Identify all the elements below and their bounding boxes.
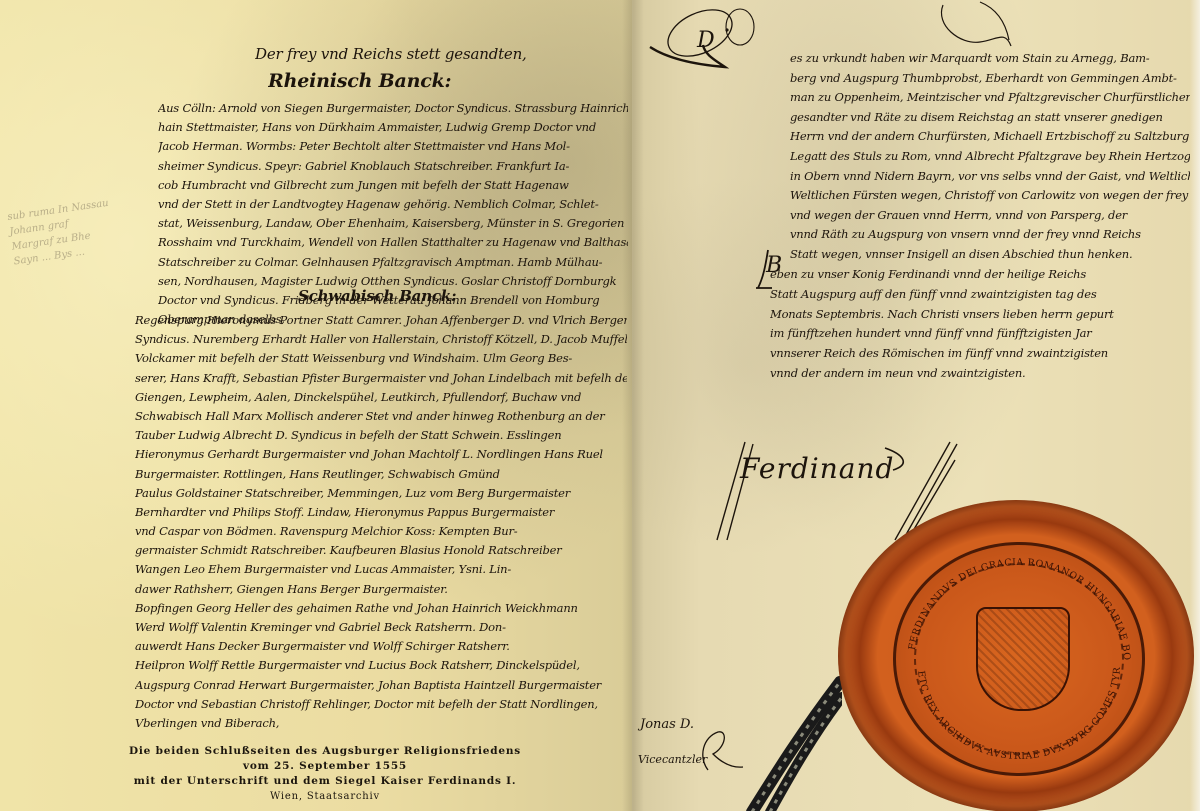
manuscript-line: serer, Hans Krafft, Sebastian Pfister Bu… [135, 369, 627, 388]
decorative-flourish-icon [935, 0, 1015, 50]
seal-legend-top: FERDINANDVS DEI GRACIA ROMANOR HVNGARIAE… [896, 545, 1132, 661]
manuscript-spread: sub ruma In Nassau Johann graf Margraf z… [0, 0, 1200, 811]
manuscript-line: vnnd der andern im neun vnd zwaintzigist… [770, 364, 1190, 384]
left-page-title: Der frey vnd Reichs stett gesandten, [255, 45, 527, 63]
manuscript-line: cob Humbracht vnd Gilbrecht zum Jungen m… [158, 176, 628, 195]
manuscript-line: eben zu vnser Konig Ferdinandi vnnd der … [770, 265, 1190, 285]
manuscript-line: Vberlingen vnd Biberach, [135, 714, 627, 733]
seal-inner-field: FERDINANDVS DEI GRACIA ROMANOR HVNGARIAE… [893, 542, 1145, 776]
manuscript-line: stat, Weissenburg, Landaw, Ober Ehenhaim… [158, 214, 628, 233]
manuscript-line: Jacob Herman. Wormbs: Peter Bechtolt alt… [158, 137, 628, 156]
manuscript-line: Legatt des Stuls zu Rom, vnnd Albrecht P… [790, 147, 1190, 167]
flourished-initial-d-icon: D [645, 5, 765, 75]
manuscript-line: vnd der Stett in der Landtvogtey Hagenaw… [158, 195, 628, 214]
section-heading-rhenish-bench: Rheinisch Banck: [268, 70, 451, 92]
manuscript-line: Werd Wolff Valentin Kreminger vnd Gabrie… [135, 618, 627, 637]
manuscript-line: Paulus Goldstainer Statschreiber, Memmin… [135, 484, 627, 503]
manuscript-line: im fünfftzehen hundert vnnd fünff vnnd f… [770, 324, 1190, 344]
manuscript-line: vnd wegen der Grauen vnnd Herrn, vnnd vo… [790, 206, 1190, 226]
dating-clause-text: eben zu vnser Konig Ferdinandi vnnd der … [770, 265, 1190, 384]
manuscript-line: Wangen Leo Ehem Burgermaister vnd Lucas … [135, 560, 627, 579]
manuscript-line: Rosshaim vnd Turckhaim, Wendell von Hall… [158, 233, 628, 252]
manuscript-line: Doctor vnd Sebastian Christoff Rehlinger… [135, 695, 627, 714]
swabian-bench-text: Regenspurg Hieronymus Portner Statt Camr… [135, 311, 627, 733]
manuscript-line: Weltlichen Fürsten wegen, Christoff von … [790, 186, 1190, 206]
caption-line-archive: Wien, Staatsarchiv [100, 789, 550, 804]
sealing-clause-text: es zu vrkundt haben wir Marquardt vom St… [790, 49, 1190, 265]
archive-caption: Die beiden Schlußseiten des Augsburger R… [100, 744, 550, 804]
manuscript-line: Tauber Ludwig Albrecht D. Syndicus in be… [135, 426, 627, 445]
manuscript-line: Statt Augspurg auff den fünff vnnd zwain… [770, 285, 1190, 305]
manuscript-line: Volckamer mit befelh der Statt Weissenbu… [135, 349, 627, 368]
manuscript-line: Monats Septembris. Nach Christi vnsers l… [770, 305, 1190, 325]
manuscript-line: germaister Schmidt Ratschreiber. Kaufbeu… [135, 541, 627, 560]
seal-cord-icon [742, 672, 842, 811]
manuscript-line: Herrn vnd der andern Churfürsten, Michae… [790, 127, 1190, 147]
manuscript-line: berg vnd Augspurg Thumbprobst, Eberhardt… [790, 69, 1190, 89]
manuscript-line: Schwabisch Hall Marx Mollisch anderer St… [135, 407, 627, 426]
page-gutter [622, 0, 644, 811]
manuscript-line: vnd Caspar von Bödmen. Ravenspurg Melchi… [135, 522, 627, 541]
manuscript-line: Hieronymus Gerhardt Burgermaister vnd Jo… [135, 445, 627, 464]
manuscript-line: man zu Oppenheim, Meintzischer vnd Pfalt… [790, 88, 1190, 108]
signature-ferdinand: Ferdinand [740, 452, 894, 485]
manuscript-line: Statschreiber zu Colmar. Gelnhausen Pfal… [158, 253, 628, 272]
svg-text:FERDINANDVS DEI GRACIA ROMANOR: FERDINANDVS DEI GRACIA ROMANOR HVNGARIAE… [896, 545, 1132, 661]
manuscript-line: vnnd Räth zu Augspurg von vnsern vnnd de… [790, 225, 1190, 245]
caption-line-title: Die beiden Schlußseiten des Augsburger R… [100, 744, 550, 759]
manuscript-line: Regenspurg Hieronymus Portner Statt Camr… [135, 311, 627, 330]
manuscript-line: hain Stettmaister, Hans von Dürkhaim Amm… [158, 118, 628, 137]
manuscript-line: es zu vrkundt haben wir Marquardt vom St… [790, 49, 1190, 69]
manuscript-line: gesandter vnd Räte zu disem Reichstag an… [790, 108, 1190, 128]
page-edge [1190, 0, 1200, 811]
svg-text:ETC REX ARCHIDVX AVSTRIAE DVX: ETC REX ARCHIDVX AVSTRIAE DVX BVRG COMES… [896, 545, 1123, 762]
manuscript-line: Aus Cölln: Arnold von Siegen Burgermaist… [158, 99, 628, 118]
manuscript-line: sheimer Syndicus. Speyr: Gabriel Knoblau… [158, 157, 628, 176]
manuscript-line: auwerdt Hans Decker Burgermaister vnd Wo… [135, 637, 627, 656]
caption-line-date: vom 25. September 1555 [100, 759, 550, 774]
signature-flourish-icon [638, 712, 748, 772]
manuscript-line: Bernhardter vnd Philips Stoff. Lindaw, H… [135, 503, 627, 522]
manuscript-line: Giengen, Lewpheim, Aalen, Dinckelspühel,… [135, 388, 627, 407]
seal-legend: FERDINANDVS DEI GRACIA ROMANOR HVNGARIAE… [896, 545, 1142, 773]
seal-legend-bottom: ETC REX ARCHIDVX AVSTRIAE DVX BVRG COMES… [896, 545, 1123, 762]
manuscript-line: in Obern vnnd Nidern Bayrn, vor vns selb… [790, 167, 1190, 187]
manuscript-line: Burgermaister. Rottlingen, Hans Reutling… [135, 465, 627, 484]
section-heading-swabian-bench: Schwabisch Banck: [298, 287, 456, 305]
manuscript-line: Syndicus. Nuremberg Erhardt Haller von H… [135, 330, 627, 349]
manuscript-line: Statt wegen, vnnser Insigell an disen Ab… [790, 245, 1190, 265]
manuscript-line: Bopfingen Georg Heller des gehaimen Rath… [135, 599, 627, 618]
manuscript-line: Augspurg Conrad Herwart Burgermaister, J… [135, 676, 627, 695]
manuscript-line: vnnserer Reich des Römischen im fünff vn… [770, 344, 1190, 364]
svg-text:D: D [696, 28, 715, 53]
manuscript-line: dawer Rathsherr, Giengen Hans Berger Bur… [135, 580, 627, 599]
caption-line-signature-seal: mit der Unterschrift und dem Siegel Kais… [100, 774, 550, 789]
manuscript-line: Heilpron Wolff Rettle Burgermaister vnd … [135, 656, 627, 675]
imperial-wax-seal: FERDINANDVS DEI GRACIA ROMANOR HVNGARIAE… [838, 500, 1194, 811]
